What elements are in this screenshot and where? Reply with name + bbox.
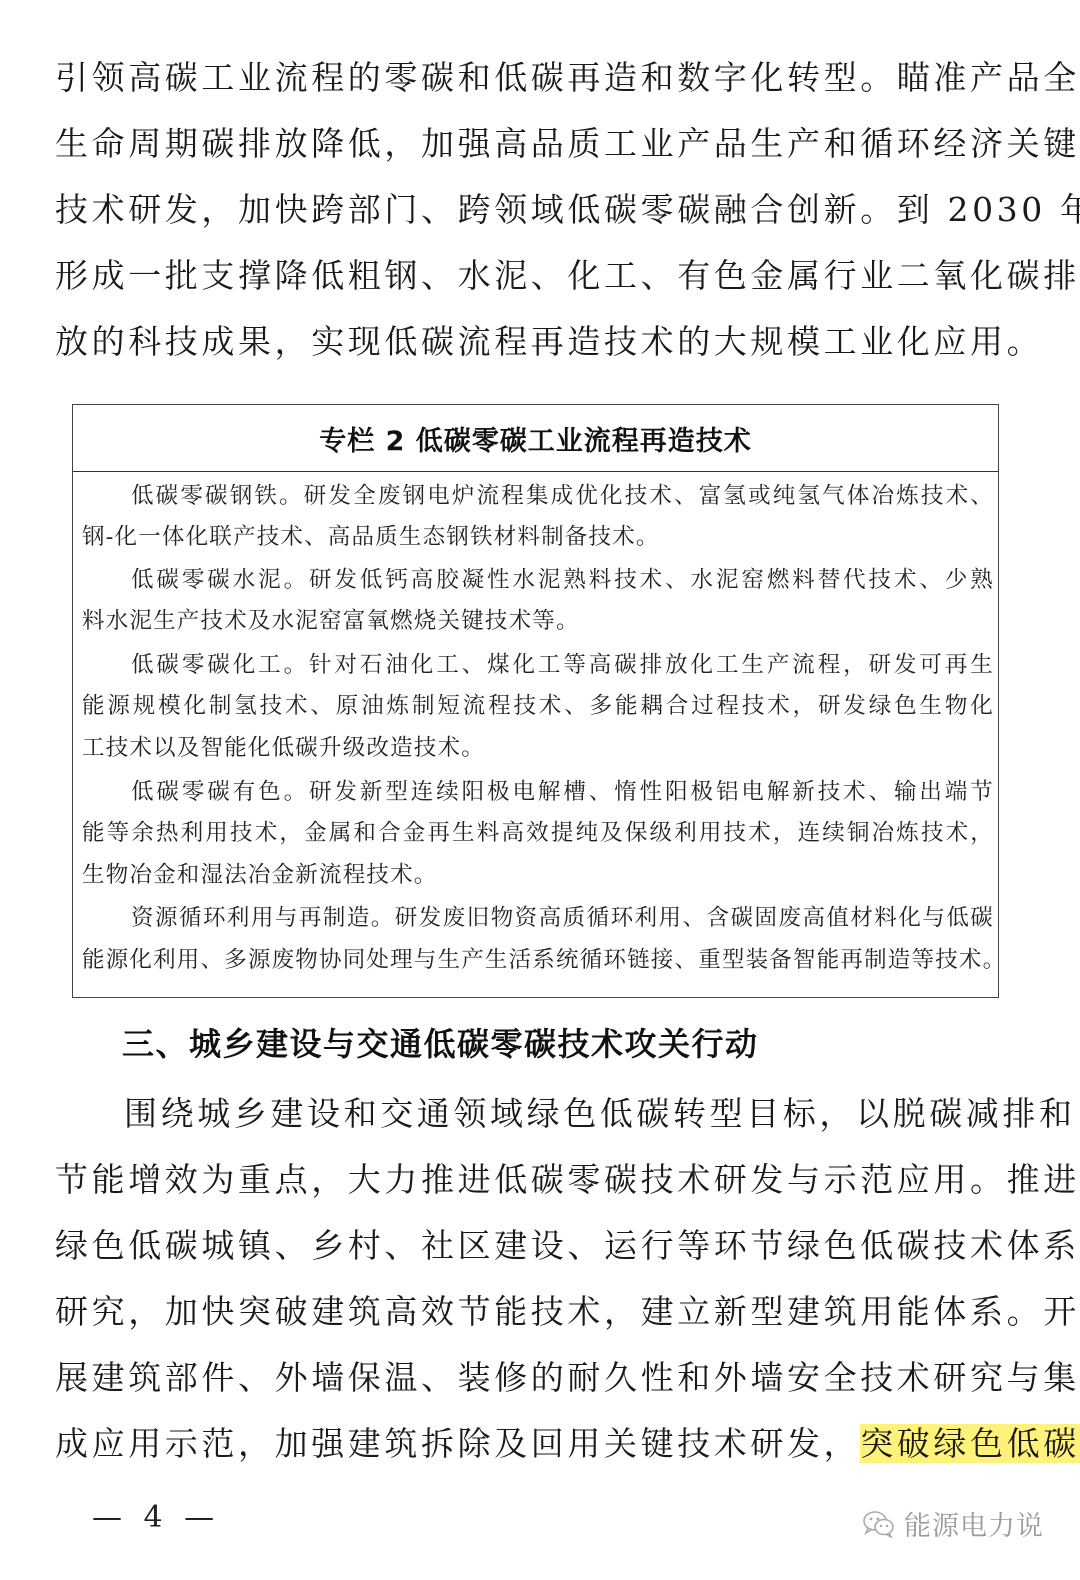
text-line: 围绕城乡建设和交通领域绿色低碳转型目标，以脱碳减排和 xyxy=(124,1094,1020,1134)
page-number: — 4 — xyxy=(92,1500,220,1536)
text-line: 形成一批支撑降低粗钢、水泥、化工、有色金属行业二氧化碳排 xyxy=(55,256,1020,296)
text-line: 引领高碳工业流程的零碳和低碳再造和数字化转型。瞄准产品全 xyxy=(55,58,1020,98)
box-text-line: 生物冶金和湿法冶金新流程技术。 xyxy=(82,860,994,890)
box-text-line: 钢-化一体化联产技术、高品质生态钢铁材料制备技术。 xyxy=(82,522,994,552)
box-title: 专栏 2 低碳零碳工业流程再造技术 xyxy=(73,405,998,472)
text-line: 成应用示范，加强建筑拆除及回用关键技术研发，突破绿色低碳 xyxy=(55,1424,1020,1464)
text-line: 技术研发，加快跨部门、跨领域低碳零碳融合创新。到 2030 年， xyxy=(55,190,1020,230)
box-text-line: 资源循环利用与再制造。研发废旧物资高质循环利用、含碳固废高值材料化与低碳 xyxy=(131,903,994,933)
box-text-line: 低碳零碳有色。研发新型连续阳极电解槽、惰性阳极铝电解新技术、输出端节 xyxy=(131,777,994,807)
box-text-line: 能源化利用、多源废物协同处理与生产生活系统循环链接、重型装备智能再制造等技术。 xyxy=(82,945,994,975)
text-line: 绿色低碳城镇、乡村、社区建设、运行等环节绿色低碳技术体系 xyxy=(55,1226,1020,1266)
highlighted-text: 突破绿色低碳 xyxy=(860,1424,1080,1463)
box-text-line: 低碳零碳水泥。研发低钙高胶凝性水泥熟料技术、水泥窑燃料替代技术、少熟 xyxy=(131,565,994,595)
watermark-text: 能源电力说 xyxy=(904,1504,1044,1543)
text-line: 研究，加快突破建筑高效节能技术，建立新型建筑用能体系。开 xyxy=(55,1292,1020,1332)
box-text-line: 能等余热利用技术，金属和合金再生料高效提纯及保级利用技术，连续铜冶炼技术， xyxy=(82,818,994,848)
sidebar-box: 专栏 2 低碳零碳工业流程再造技术 低碳零碳钢铁。研发全废钢电炉流程集成优化技术… xyxy=(72,404,999,998)
watermark: 能源电力说 xyxy=(862,1504,1044,1543)
text-line: 放的科技成果，实现低碳流程再造技术的大规模工业化应用。 xyxy=(55,322,1020,362)
box-text-line: 能源规模化制氢技术、原油炼制短流程技术、多能耦合过程技术，研发绿色生物化 xyxy=(82,691,994,721)
box-text-line: 低碳零碳化工。针对石油化工、煤化工等高碳排放化工生产流程，研发可再生 xyxy=(131,650,994,680)
box-text-line: 料水泥生产技术及水泥窑富氧燃烧关键技术等。 xyxy=(82,606,994,636)
section-heading: 三、城乡建设与交通低碳零碳技术攻关行动 xyxy=(122,1024,759,1064)
text-line: 展建筑部件、外墙保温、装修的耐久性和外墙安全技术研究与集 xyxy=(55,1358,1020,1398)
box-text-line: 工技术以及智能化低碳升级改造技术。 xyxy=(82,733,994,763)
wechat-icon xyxy=(862,1510,896,1538)
box-text-line: 低碳零碳钢铁。研发全废钢电炉流程集成优化技术、富氢或纯氢气体冶炼技术、 xyxy=(131,481,994,511)
text-line: 生命周期碳排放降低，加强高品质工业产品生产和循环经济关键 xyxy=(55,124,1020,164)
text-span: 成应用示范，加强建筑拆除及回用关键技术研发， xyxy=(55,1424,860,1463)
text-line: 节能增效为重点，大力推进低碳零碳技术研发与示范应用。推进 xyxy=(55,1160,1020,1200)
